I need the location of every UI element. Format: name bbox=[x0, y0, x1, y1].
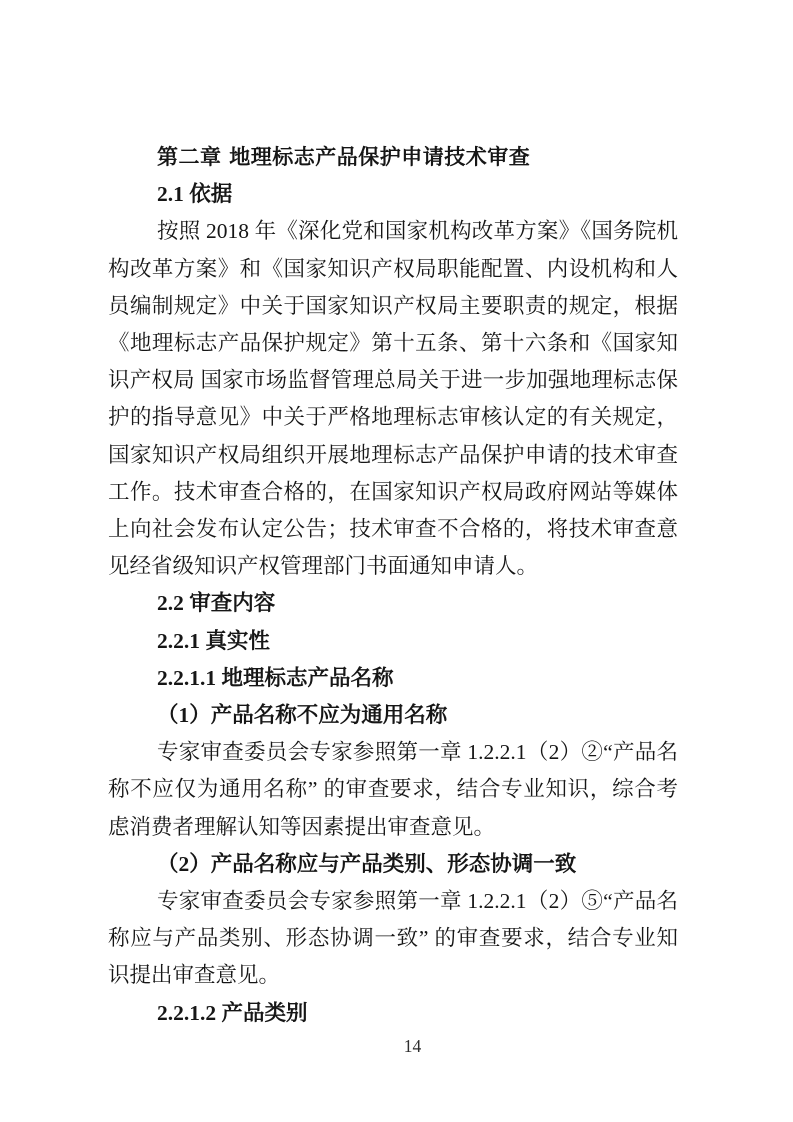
section-heading-2-2-1: 2.2.1 真实性 bbox=[108, 623, 678, 660]
section-heading-2-1: 2.1 依据 bbox=[108, 176, 678, 213]
section-heading-2-2-1-1: 2.2.1.1 地理标志产品名称 bbox=[108, 660, 678, 697]
section-heading-2-2-1-2: 2.2.1.2 产品类别 bbox=[108, 995, 678, 1032]
body-paragraph-basis: 按照 2018 年《深化党和国家机构改革方案》《国务院机构改革方案》和《国家知识… bbox=[108, 213, 678, 585]
item-heading-1: （1）产品名称不应为通用名称 bbox=[108, 697, 678, 734]
body-paragraph-item-2: 专家审查委员会专家参照第一章 1.2.2.1（2）⑤“产品名称应与产品类别、形态… bbox=[108, 883, 678, 995]
body-paragraph-item-1: 专家审查委员会专家参照第一章 1.2.2.1（2）②“产品名称不应仅为通用名称”… bbox=[108, 734, 678, 846]
section-heading-2-2: 2.2 审查内容 bbox=[108, 585, 678, 622]
item-heading-2: （2）产品名称应与产品类别、形态协调一致 bbox=[108, 846, 678, 883]
chapter-title: 第二章 地理标志产品保护申请技术审查 bbox=[108, 139, 678, 176]
document-page-viewport: { "page": { "background_color": "#ffffff… bbox=[0, 0, 793, 1122]
document-page: 第二章 地理标志产品保护申请技术审查 2.1 依据 按照 2018 年《深化党和… bbox=[0, 0, 793, 1122]
page-number: 14 bbox=[0, 1036, 793, 1057]
page-content: 第二章 地理标志产品保护申请技术审查 2.1 依据 按照 2018 年《深化党和… bbox=[108, 139, 678, 1032]
